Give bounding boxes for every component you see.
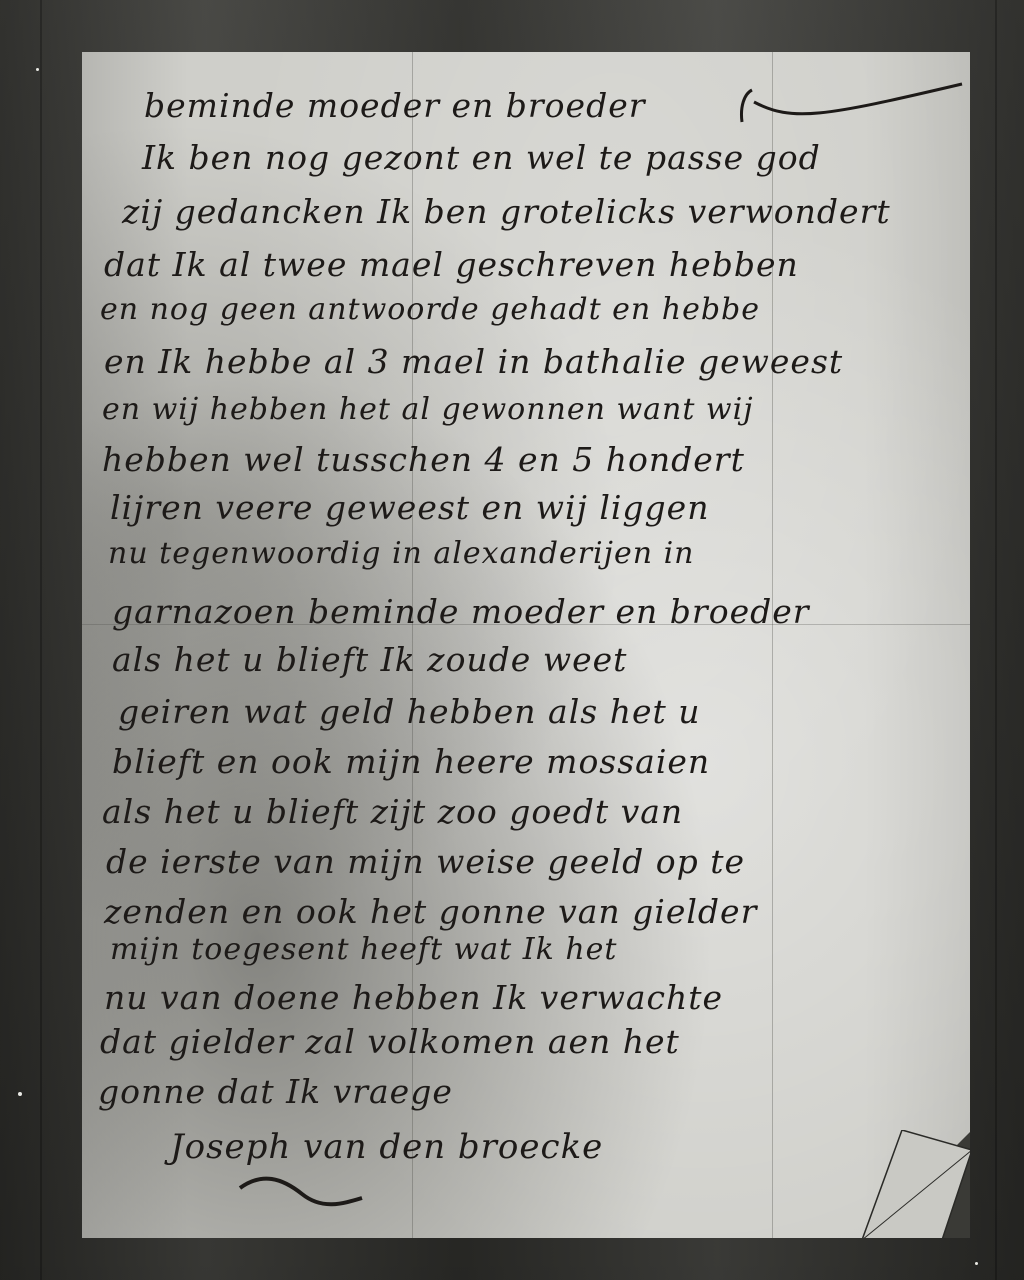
letter-line: zenden en ook het gonne van gielder bbox=[104, 892, 757, 931]
letter-line: garnazoen beminde moeder en broeder bbox=[112, 592, 810, 631]
letter-line: en nog geen antwoorde gehadt en hebbe bbox=[100, 292, 760, 327]
dust-speck bbox=[975, 1262, 978, 1265]
letter-line: de ierste van mijn weise geeld op te bbox=[106, 842, 745, 881]
letter-line: geiren wat geld hebben als het u bbox=[118, 692, 701, 731]
letter-signature: Joseph van den broecke bbox=[170, 1127, 603, 1167]
letter-line: Ik ben nog gezont en wel te passe god bbox=[142, 138, 821, 177]
letter-line: gonne dat Ik vraege bbox=[98, 1072, 453, 1111]
flourish-icon bbox=[732, 72, 972, 132]
letter-line: en wij hebben het al gewonnen want wij bbox=[102, 392, 754, 427]
letter-line: zij gedancken Ik ben grotelicks verwonde… bbox=[122, 192, 891, 231]
letter-line: hebben wel tusschen 4 en 5 hondert bbox=[102, 440, 745, 479]
letter-line: mijn toegesent heeft wat Ik het bbox=[110, 932, 617, 967]
letter-line: lijren veere geweest en wij liggen bbox=[110, 488, 709, 527]
letter-page: beminde moeder en broeder Ik ben nog gez… bbox=[82, 52, 970, 1238]
letter-line: als het u blieft Ik zoude weet bbox=[112, 640, 627, 679]
letter-line: en Ik hebbe al 3 mael in bathalie gewees… bbox=[104, 342, 843, 381]
letter-line: nu tegenwoordig in alexanderijen in bbox=[108, 536, 694, 571]
dust-speck bbox=[36, 68, 39, 71]
folded-corner-icon bbox=[862, 1130, 972, 1240]
backdrop-texture bbox=[40, 0, 42, 1280]
letter-line: dat Ik al twee mael geschreven hebben bbox=[104, 245, 799, 284]
letter-line: blieft en ook mijn heere mossaien bbox=[112, 742, 710, 781]
signature-flourish-icon bbox=[232, 1172, 372, 1212]
backdrop-texture bbox=[995, 0, 997, 1280]
letter-line: als het u blieft zijt zoo goedt van bbox=[102, 792, 683, 831]
letter-line: dat gielder zal volkomen aen het bbox=[100, 1022, 680, 1061]
dust-speck bbox=[18, 1092, 22, 1096]
letter-salutation: beminde moeder en broeder bbox=[144, 86, 646, 125]
letter-line: nu van doene hebben Ik verwachte bbox=[104, 978, 723, 1017]
